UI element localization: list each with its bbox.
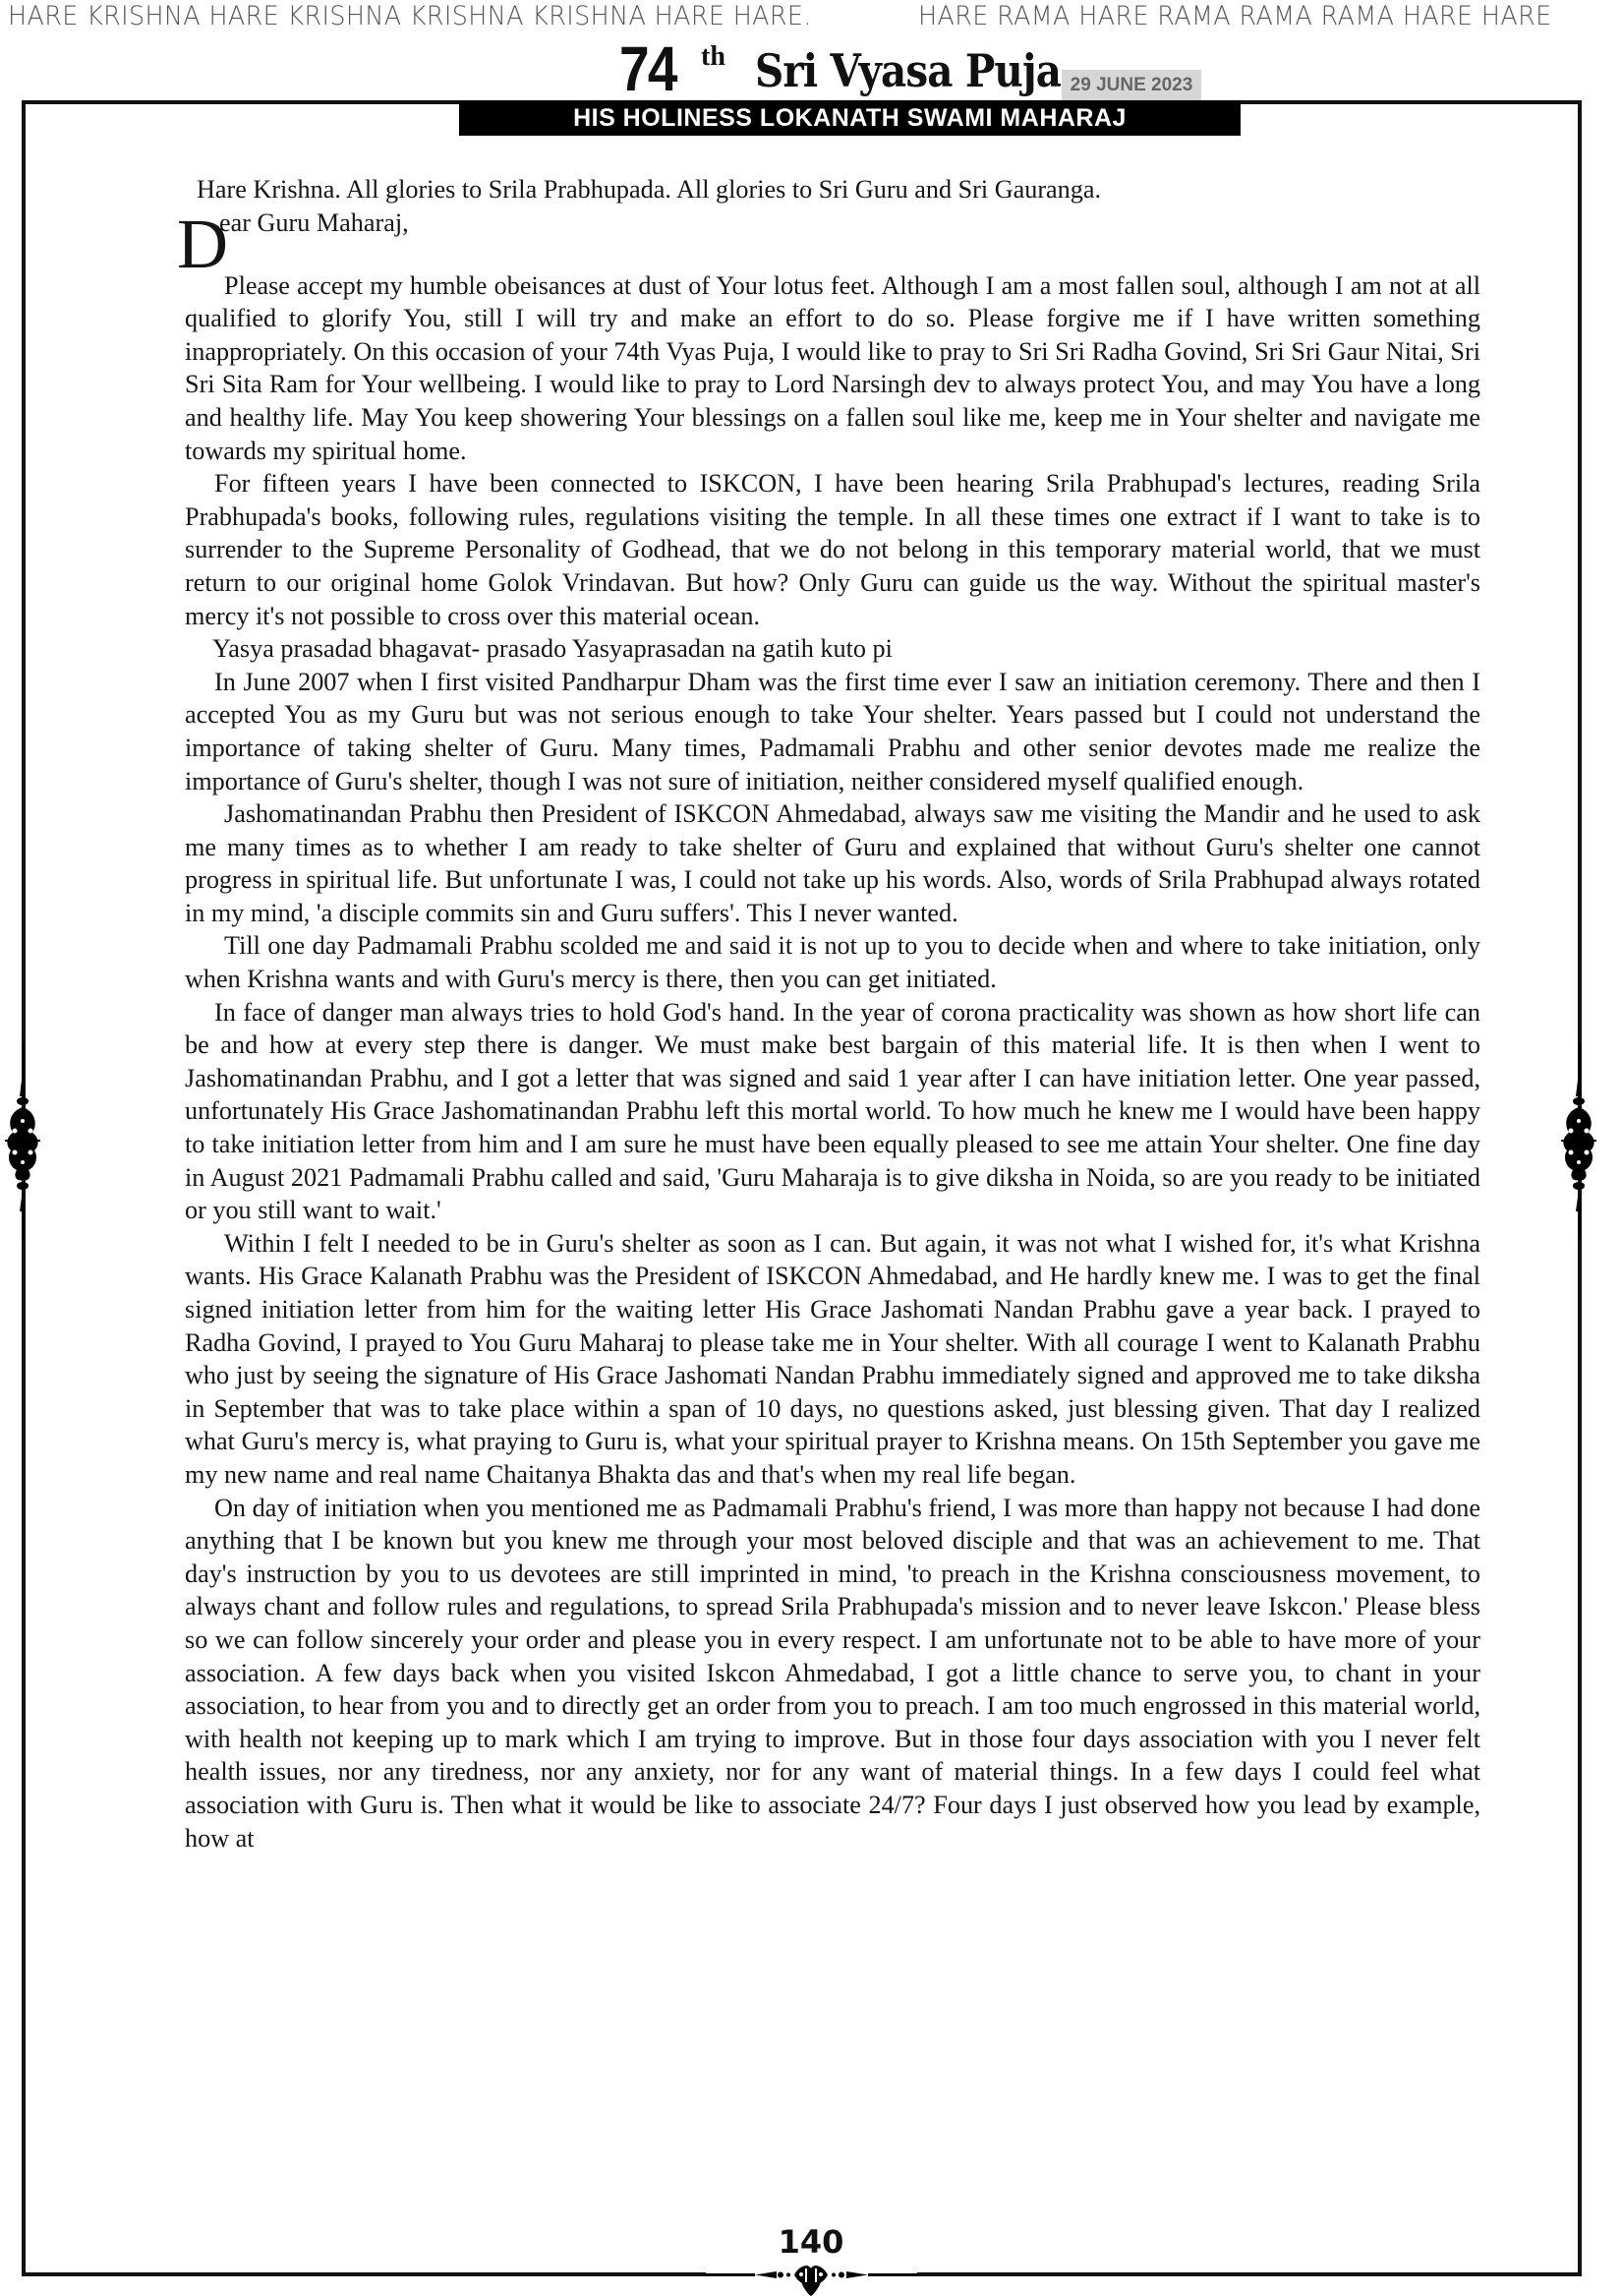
- paragraph: Within I felt I needed to be in Guru's s…: [185, 1227, 1480, 1492]
- paragraph: In face of danger man always tries to ho…: [185, 996, 1480, 1227]
- title-name: Sri Vyasa Puja: [755, 43, 1061, 98]
- page-title: 74 th Sri Vyasa Puja: [619, 39, 685, 103]
- date-badge: 29 JUNE 2023: [1062, 70, 1201, 100]
- salutation: D ear Guru Maharaj,: [185, 206, 1480, 269]
- letter-body: Hare Krishna. All glories to Srila Prabh…: [185, 173, 1480, 1854]
- paragraph: In June 2007 when I first visited Pandha…: [185, 666, 1480, 797]
- paragraph: For fifteen years I have been connected …: [185, 467, 1480, 632]
- title-number: 74: [619, 39, 676, 98]
- paragraph: Jashomatinandan Prabhu then President of…: [185, 797, 1480, 929]
- vertical-flourish-icon: [3, 1042, 42, 1239]
- paragraph: Please accept my humble obeisances at du…: [185, 269, 1480, 468]
- subtitle-banner: HIS HOLINESS LOKANATH SWAMI MAHARAJ: [459, 100, 1241, 136]
- verse-line: Yasya prasadad bhagavat- prasado Yasyapr…: [185, 632, 1480, 666]
- paragraph: Till one day Padmamali Prabhu scolded me…: [185, 929, 1480, 995]
- paragraph: On day of initiation when you mentioned …: [185, 1492, 1480, 1855]
- mantra-left: HARE KRISHNA HARE KRISHNA KRISHNA KRISHN…: [8, 0, 812, 33]
- page-number: 140: [767, 2224, 855, 2260]
- title-superscript: th: [701, 41, 725, 73]
- greeting-line: Hare Krishna. All glories to Srila Prabh…: [185, 173, 1480, 206]
- salutation-text: ear Guru Maharaj,: [219, 206, 409, 240]
- mantra-header: HARE KRISHNA HARE KRISHNA KRISHNA KRISHN…: [0, 0, 1622, 33]
- mantra-right: HARE RAMA HARE RAMA RAMA RAMA HARE HARE: [918, 0, 1552, 33]
- vertical-flourish-icon: [1559, 1042, 1598, 1239]
- horizontal-flourish-icon: [706, 2265, 917, 2296]
